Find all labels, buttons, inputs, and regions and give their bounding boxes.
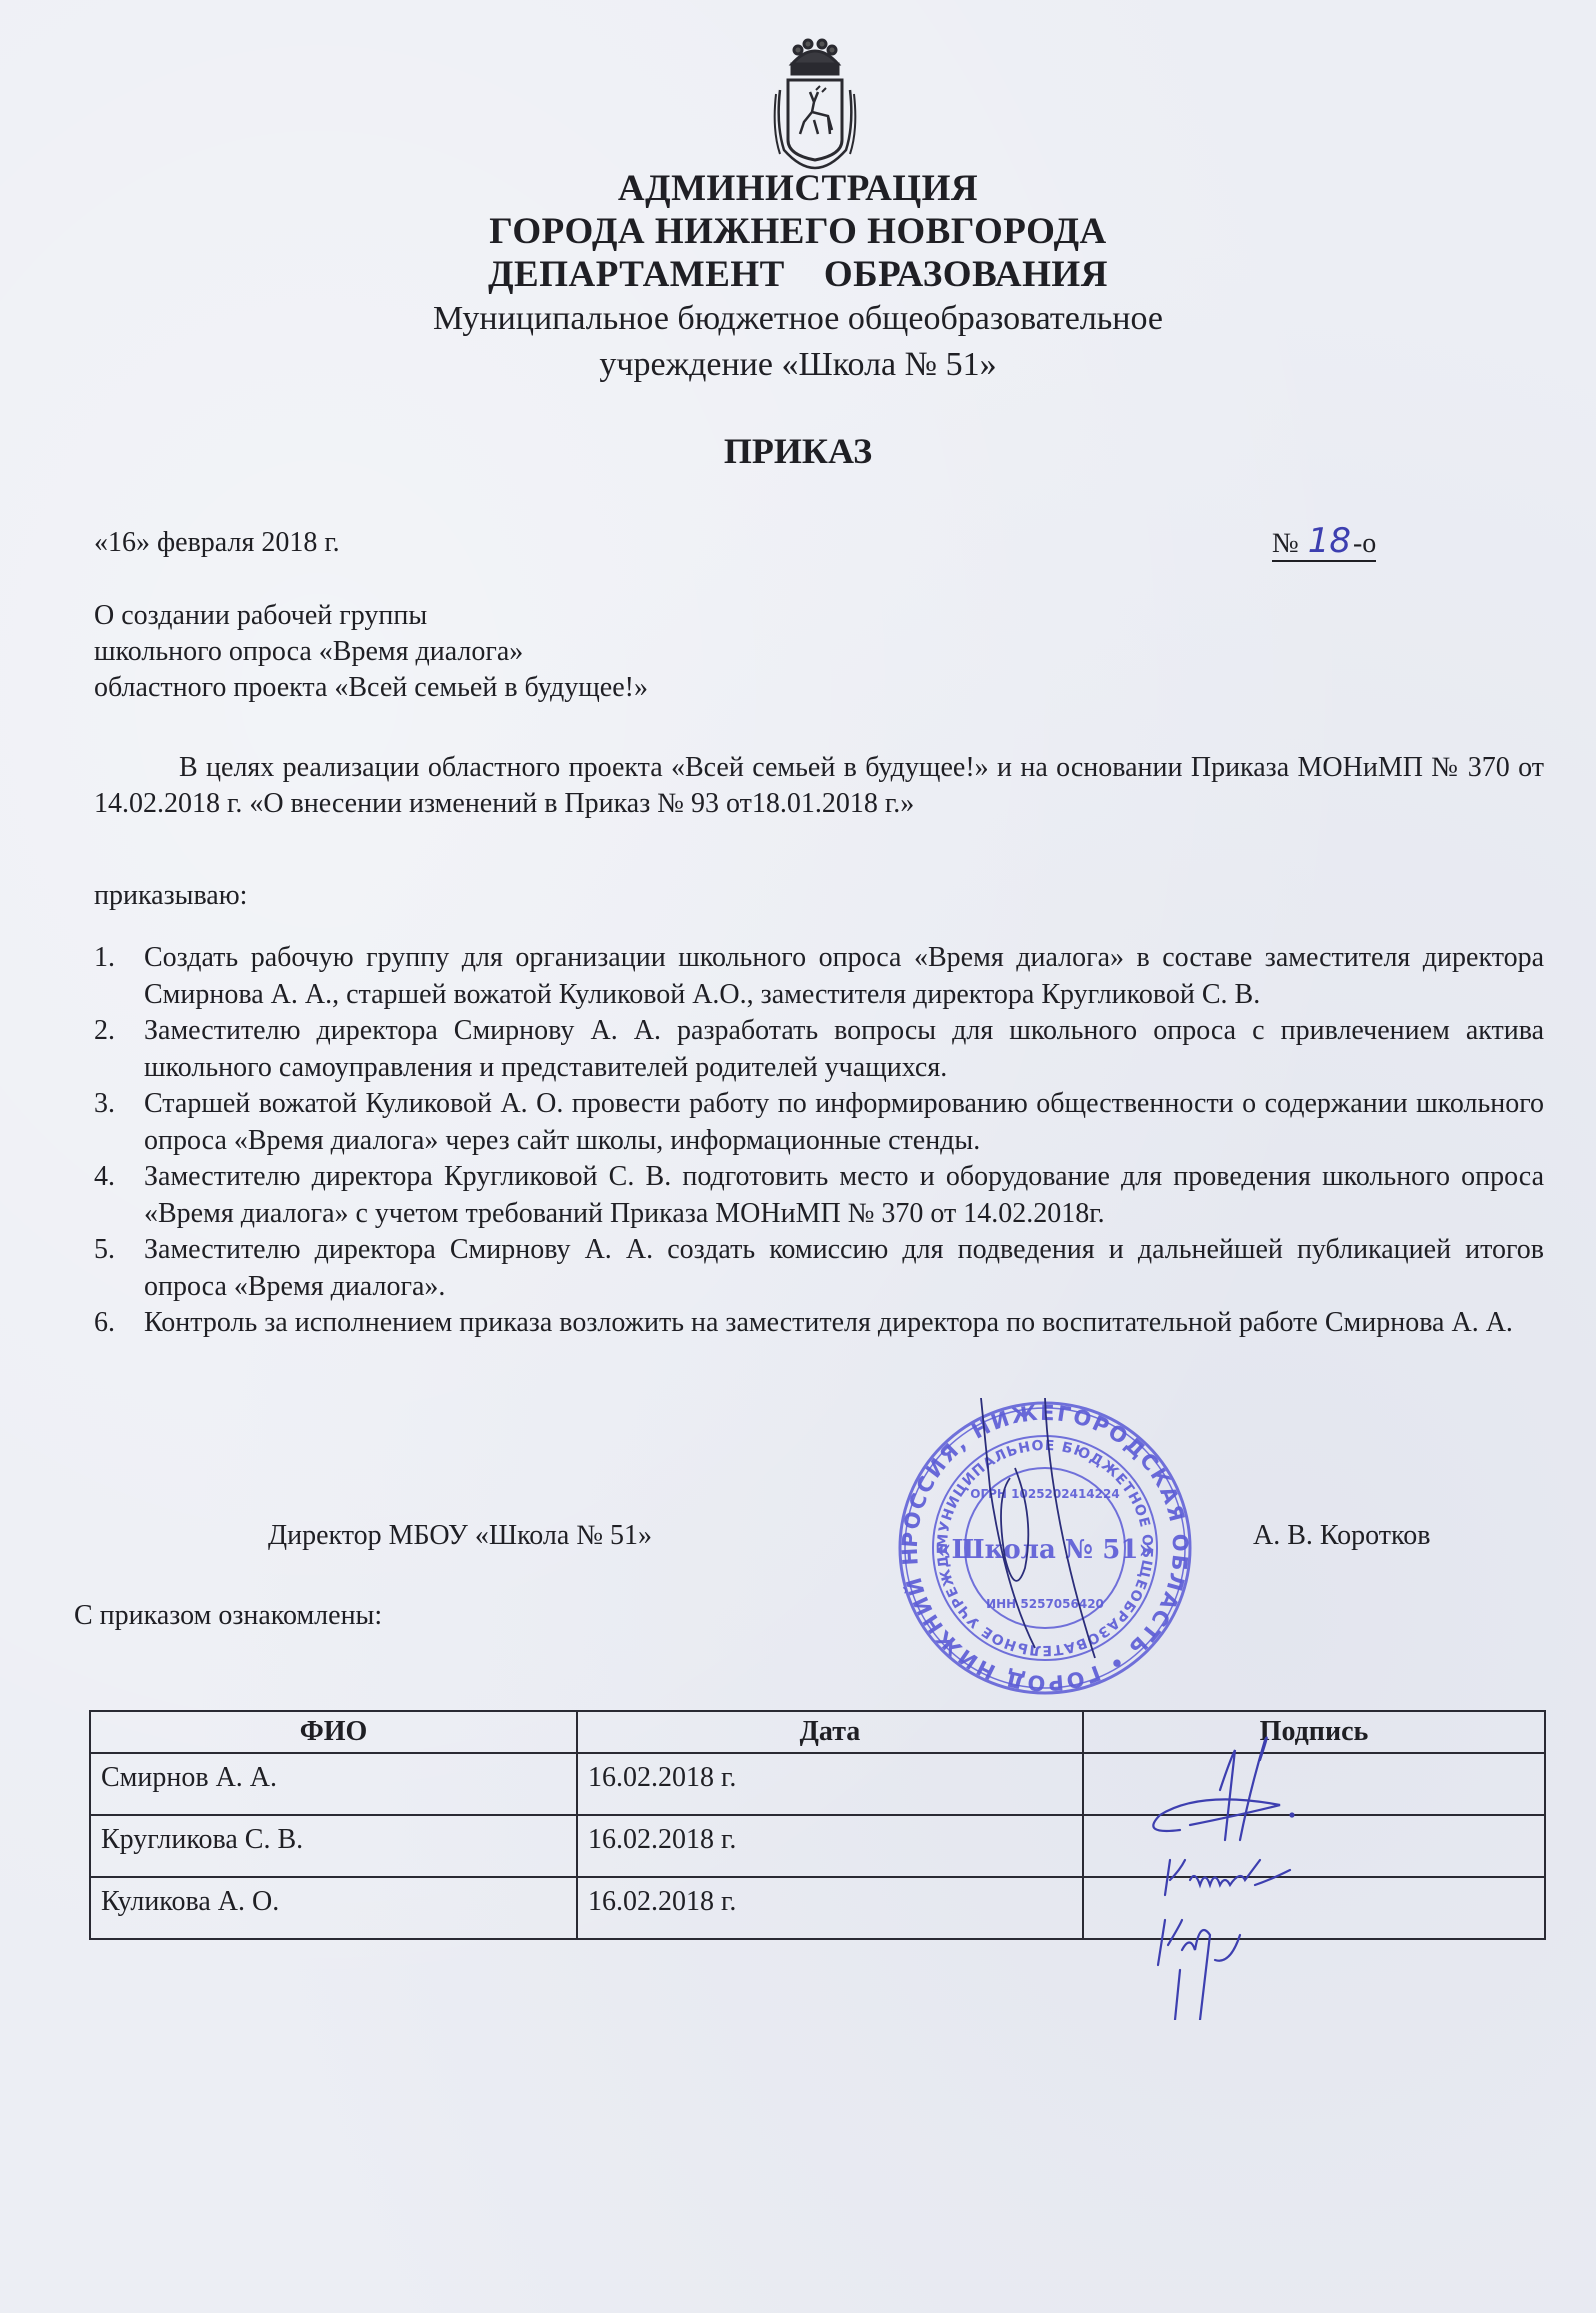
order-number-prefix: № bbox=[1272, 528, 1299, 559]
order-item-number: 6. bbox=[94, 1305, 144, 1342]
cell-date: 16.02.2018 г. bbox=[577, 1815, 1083, 1877]
order-item-number: 2. bbox=[94, 1013, 144, 1086]
letterhead: АДМИНИСТРАЦИЯ ГОРОДА НИЖНЕГО НОВГОРОДА Д… bbox=[0, 167, 1596, 388]
svg-text:ОГРН 1025202414224: ОГРН 1025202414224 bbox=[970, 1487, 1119, 1501]
svg-text:«Школа № 51»: «Школа № 51» bbox=[935, 1535, 1154, 1565]
document-page: АДМИНИСТРАЦИЯ ГОРОДА НИЖНЕГО НОВГОРОДА Д… bbox=[0, 0, 1596, 2313]
order-number-handwritten: 18 bbox=[1306, 521, 1353, 561]
order-item: 1. Создать рабочую группу для организаци… bbox=[94, 940, 1544, 1013]
order-item-text: Создать рабочую группу для организации ш… bbox=[144, 940, 1544, 1013]
letterhead-institution-type: Муниципальное бюджетное общеобразователь… bbox=[0, 296, 1596, 342]
cell-name: Куликова А. О. bbox=[90, 1877, 577, 1939]
order-item-text: Контроль за исполнением приказа возложит… bbox=[144, 1305, 1544, 1342]
document-title: ПРИКАЗ bbox=[0, 430, 1596, 472]
cell-name: Смирнов А. А. bbox=[90, 1753, 577, 1815]
official-stamp-icon: РОССИЯ, НИЖЕГОРОДСКАЯ ОБЛАСТЬ • ГОРОД НИ… bbox=[895, 1398, 1195, 1698]
cell-name: Кругликова С. В. bbox=[90, 1815, 577, 1877]
letterhead-institution-name: учреждение «Школа № 51» bbox=[0, 342, 1596, 388]
letterhead-administration: АДМИНИСТРАЦИЯ bbox=[0, 167, 1596, 210]
order-number: № 18-о bbox=[1272, 525, 1376, 562]
order-item: 3. Старшей вожатой Куликовой А. О. прове… bbox=[94, 1086, 1544, 1159]
svg-text:ИНН 5257056420: ИНН 5257056420 bbox=[986, 1597, 1104, 1611]
subject-line: школьного опроса «Время диалога» bbox=[94, 634, 648, 670]
order-directive-word: приказываю: bbox=[94, 878, 247, 914]
order-preamble: В целях реализации областного проекта «В… bbox=[94, 750, 1544, 822]
order-item-number: 4. bbox=[94, 1159, 144, 1232]
subject-line: областного проекта «Всей семьей в будуще… bbox=[94, 670, 648, 706]
cell-date: 16.02.2018 г. bbox=[577, 1877, 1083, 1939]
handwritten-signatures-icon bbox=[1120, 1720, 1380, 2020]
signatory-title: Директор МБОУ «Школа № 51» bbox=[268, 1520, 652, 1552]
order-item: 4. Заместителю директора Кругликовой С. … bbox=[94, 1159, 1544, 1232]
signatory-name: А. В. Коротков bbox=[1253, 1520, 1430, 1552]
letterhead-city: ГОРОДА НИЖНЕГО НОВГОРОДА bbox=[0, 210, 1596, 253]
coat-of-arms-icon bbox=[770, 30, 860, 170]
order-item: 2. Заместителю директора Смирнову А. А. … bbox=[94, 1013, 1544, 1086]
order-number-suffix: -о bbox=[1353, 528, 1376, 559]
order-item-text: Старшей вожатой Куликовой А. О. провести… bbox=[144, 1086, 1544, 1159]
order-item-number: 5. bbox=[94, 1232, 144, 1305]
order-item: 5. Заместителю директора Смирнову А. А. … bbox=[94, 1232, 1544, 1305]
letterhead-department: ДЕПАРТАМЕНТ ОБРАЗОВАНИЯ bbox=[0, 253, 1596, 296]
order-item-text: Заместителю директора Смирнову А. А. раз… bbox=[144, 1013, 1544, 1086]
order-item-number: 3. bbox=[94, 1086, 144, 1159]
acquainted-label: С приказом ознакомлены: bbox=[74, 1598, 382, 1634]
order-item-text: Заместителю директора Смирнову А. А. соз… bbox=[144, 1232, 1544, 1305]
order-date: «16» февраля 2018 г. bbox=[94, 525, 340, 561]
order-items-list: 1. Создать рабочую группу для организаци… bbox=[94, 940, 1544, 1342]
order-item: 6. Контроль за исполнением приказа возло… bbox=[94, 1305, 1544, 1342]
order-item-text: Заместителю директора Кругликовой С. В. … bbox=[144, 1159, 1544, 1232]
column-header-date: Дата bbox=[577, 1711, 1083, 1753]
order-item-number: 1. bbox=[94, 940, 144, 1013]
column-header-name: ФИО bbox=[90, 1711, 577, 1753]
subject-line: О создании рабочей группы bbox=[94, 598, 648, 634]
cell-date: 16.02.2018 г. bbox=[577, 1753, 1083, 1815]
order-subject: О создании рабочей группы школьного опро… bbox=[94, 598, 648, 706]
